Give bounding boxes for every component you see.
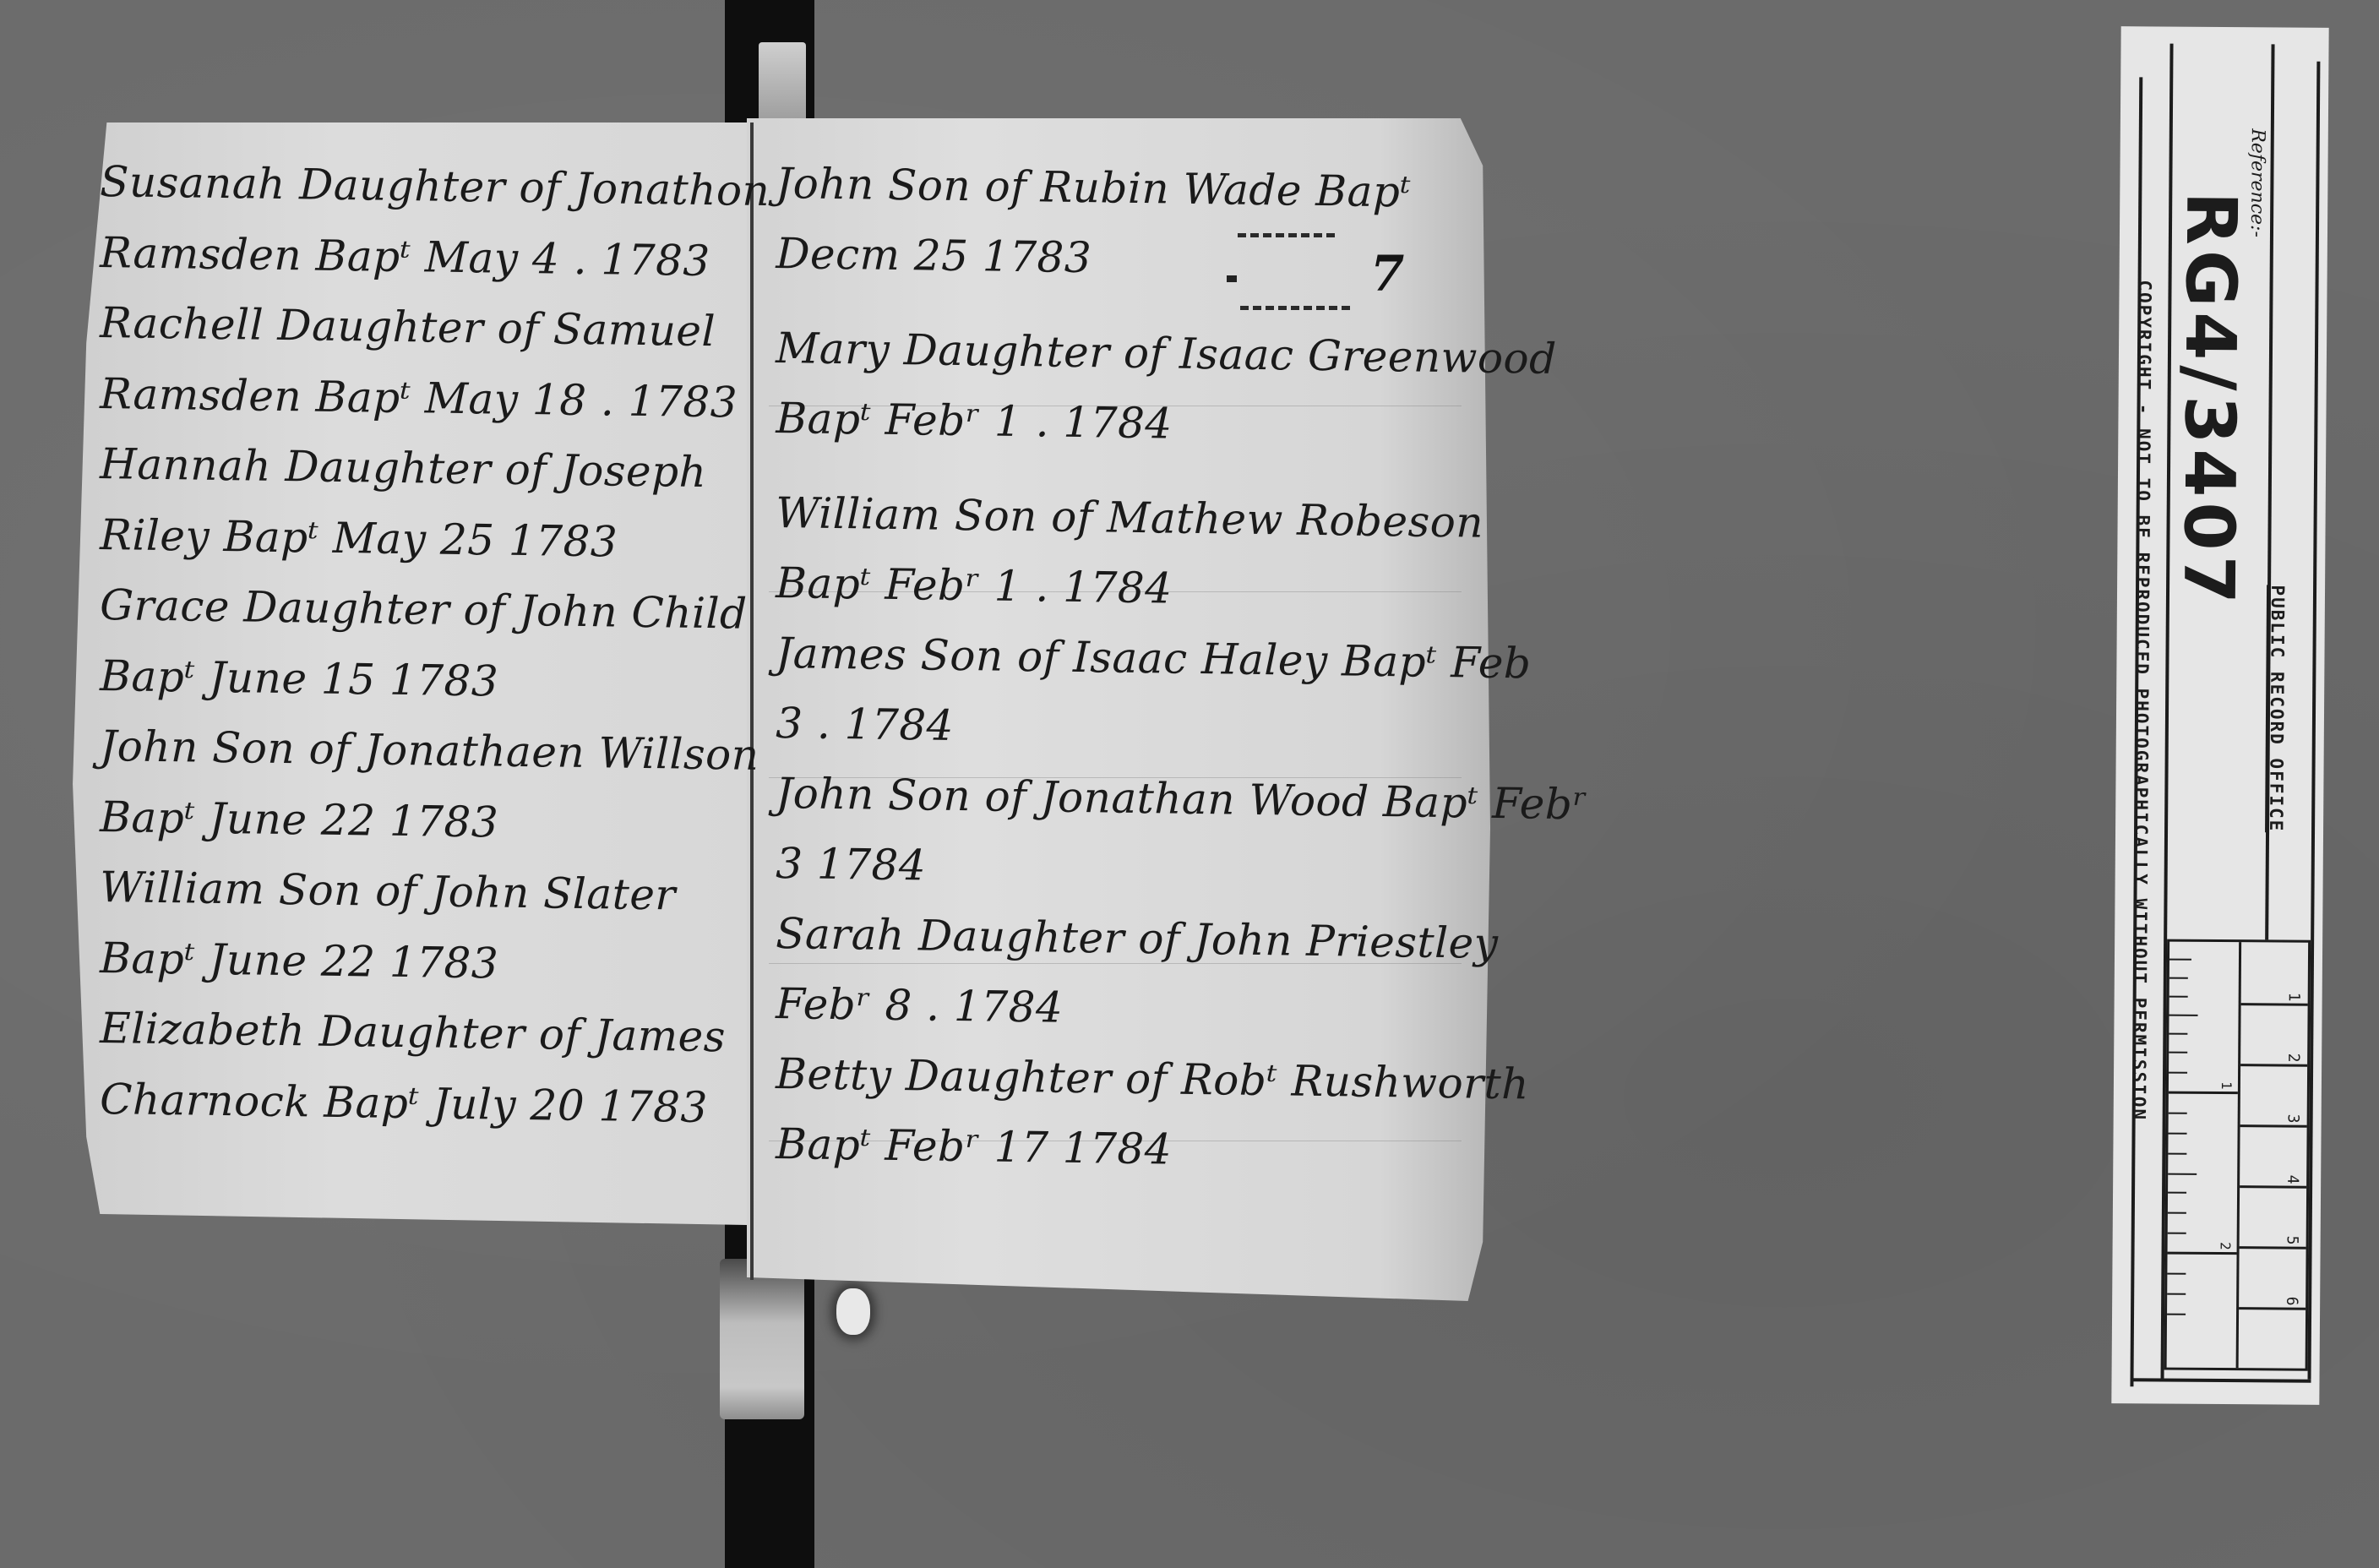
scale-tick xyxy=(2168,1153,2186,1155)
cm-label: 6 xyxy=(2283,1297,2300,1306)
folio-number: 7 xyxy=(1370,245,1404,302)
entry-line: Bapᵗ Febʳ 1 . 1784 xyxy=(775,397,1485,502)
entry-line: Rachell Daughter of Samuel xyxy=(99,302,750,381)
scale-tick xyxy=(2167,1273,2186,1275)
cm-label: 3 xyxy=(2284,1114,2302,1124)
entry-line: Hannah Daughter of Joseph xyxy=(99,443,750,522)
right-page-entries: John Son of Rubin Wade Bapᵗ Decm 25 1783… xyxy=(776,162,1485,1193)
cm-cell: 4 xyxy=(2240,1127,2307,1189)
scale-tick xyxy=(2169,1052,2187,1053)
folio-mark xyxy=(1227,275,1237,282)
scale-tick xyxy=(2169,977,2188,979)
entry-line: Grace Daughter of John Child xyxy=(99,584,750,663)
inch-label: 2 xyxy=(2218,1242,2234,1250)
scale-tick xyxy=(2169,1113,2187,1114)
scale-tick xyxy=(2169,996,2188,998)
entry-line: Bapᵗ Febʳ 17 1784 xyxy=(775,1123,1485,1203)
cm-label: 5 xyxy=(2284,1236,2301,1245)
scale-tick xyxy=(2169,1133,2187,1135)
entry-line: Susanah Daughter of Jonathon xyxy=(99,161,750,240)
binding-tab-bottom xyxy=(720,1259,804,1419)
reference-label: Reference:- RG4/3407 COPYRIGHT - NOT TO … xyxy=(2111,26,2328,1405)
cm-label: 1 xyxy=(2285,993,2303,1002)
scale-tick xyxy=(2168,1212,2186,1214)
inch-label: 1 xyxy=(2218,1081,2235,1090)
folio-rule-bottom xyxy=(1240,306,1350,310)
cm-label: 4 xyxy=(2284,1175,2301,1184)
scale-tick xyxy=(2169,1015,2198,1016)
binding-tab-top xyxy=(759,42,806,127)
cm-cell: 6 xyxy=(2239,1249,2306,1310)
scale-tick xyxy=(2168,1192,2186,1194)
entry-line: Charnock Bapᵗ July 20 1783 xyxy=(99,1078,750,1157)
scale-tick xyxy=(2167,1293,2186,1295)
label-border-bottom xyxy=(2130,1378,2311,1382)
entry-line: William Son of John Slater xyxy=(99,866,750,945)
entry-line: Elizabeth Daughter of James xyxy=(99,1007,750,1086)
cm-cell: 5 xyxy=(2240,1188,2307,1249)
scale-tick xyxy=(2168,1173,2197,1175)
cm-label: 2 xyxy=(2284,1053,2302,1063)
entry-line: John Son of Jonathaen Willson xyxy=(99,725,750,804)
measurement-scale: 1 2 3 4 5 6 1 2 xyxy=(2164,939,2311,1371)
cm-cell: 3 xyxy=(2240,1066,2308,1128)
label-border-right xyxy=(2308,62,2321,1380)
office-name: PUBLIC RECORD OFFICE xyxy=(2266,585,2288,832)
reference-number: RG4/3407 xyxy=(2168,192,2251,609)
scale-tick xyxy=(2168,1233,2186,1234)
copyright-notice: COPYRIGHT - NOT TO BE REPRODUCED PHOTOGR… xyxy=(2129,280,2155,1121)
scale-tick xyxy=(2169,959,2191,961)
scale-tick xyxy=(2167,1314,2186,1315)
scale-tick xyxy=(2169,1033,2187,1035)
page-gutter xyxy=(750,122,754,1280)
left-page-entries: Susanah Daughter of Jonathon Ramsden Bap… xyxy=(100,161,750,1148)
scale-tick xyxy=(2169,1072,2187,1074)
cm-cell: 2 xyxy=(2240,1005,2308,1067)
folio-rule-top xyxy=(1238,233,1335,237)
binding-tear xyxy=(836,1288,870,1335)
cm-cell: 1 xyxy=(2241,942,2309,1006)
